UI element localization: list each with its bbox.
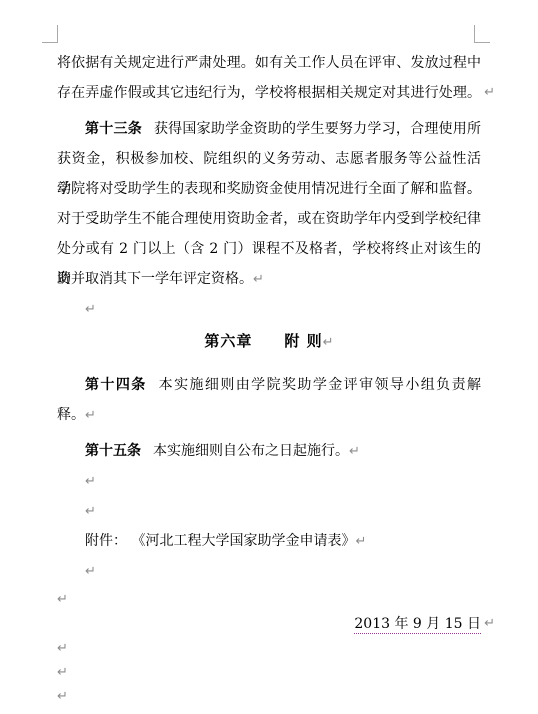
article-13-line-1: 第十三条获得国家助学金资助的学生要努力学习，合理使用所 [57, 114, 481, 144]
paragraph-mark-icon: ↵ [484, 78, 495, 108]
empty-paragraph: ↵ [57, 466, 481, 496]
body-text: 存在弄虚作假或其它违纪行为，学校将根据相关规定对其进行处理。 [57, 85, 481, 101]
article-14-line-1: 第十四条本实施细则由学院奖助学金评审领导小组负责解 [57, 370, 481, 400]
paragraph-mark-icon: ↵ [57, 689, 68, 704]
heading-text: 第六章 附 则 [204, 332, 322, 350]
body-text: 本实施细则自公布之日起施行。 [153, 443, 349, 459]
article-13-line-4: 对于受助学生不能合理使用资助金者，或在资助学年内受到学校纪律 [57, 204, 481, 234]
article-15-number: 第十五条 [85, 443, 141, 459]
article-13-line-5: 处分或有 2 门以上（含 2 门）课程不及格者，学校将终止对该生的资 [57, 234, 481, 264]
body-text: 助并取消其下一学年评定资格。 [57, 271, 253, 287]
paragraph-mark-icon: ↵ [57, 641, 68, 656]
paragraph-mark-icon: ↵ [355, 534, 366, 549]
body-text: 本实施细则由学院奖助学金评审领导小组负责解 [159, 377, 481, 393]
paragraph-mark-icon: ↵ [349, 444, 360, 459]
date-line: 2013 年 9 月 15 日 ↵ [57, 612, 481, 636]
paragraph-mark-icon: ↵ [57, 665, 68, 680]
document-content: 将依据有关规定进行严肃处理。如有关工作人员在评审、发放过程中 存在弄虚作假或其它… [57, 48, 481, 708]
para-continuation-line-2: 存在弄虚作假或其它违纪行为，学校将根据相关规定对其进行处理。 ↵ [57, 78, 481, 108]
body-text: 将依据有关规定进行严肃处理。如有关工作人员在评审、发放过程中 [57, 55, 481, 71]
margin-crop-mark-top-right-icon [474, 25, 490, 43]
paragraph-mark-icon: ↵ [85, 504, 96, 519]
paragraph-mark-icon: ↵ [85, 564, 96, 579]
empty-paragraph: ↵ [57, 684, 481, 708]
article-14-line-2: 释。↵ [57, 400, 481, 430]
margin-crop-mark-top-left-icon [42, 25, 58, 43]
empty-paragraph: ↵ [57, 294, 481, 324]
empty-paragraph: ↵ [57, 636, 481, 660]
paragraph-mark-icon: ↵ [253, 272, 264, 287]
body-text: 对于受助学生不能合理使用资助金者，或在资助学年内受到学校纪律 [57, 211, 481, 227]
paragraph-mark-icon: ↵ [484, 612, 495, 636]
para-continuation-line-1: 将依据有关规定进行严肃处理。如有关工作人员在评审、发放过程中 [57, 48, 481, 78]
paragraph-mark-icon: ↵ [85, 408, 96, 423]
document-date: 2013 年 9 月 15 日 [354, 616, 481, 634]
body-text: 获得国家助学金资助的学生要努力学习，合理使用所 [154, 121, 481, 137]
paragraph-mark-icon: ↵ [57, 592, 68, 607]
chapter-6-heading: 第六章 附 则↵ [57, 326, 481, 356]
document-page: 将依据有关规定进行严肃处理。如有关工作人员在评审、发放过程中 存在弄虚作假或其它… [0, 0, 538, 714]
article-13-line-6: 助并取消其下一学年评定资格。↵ [57, 264, 481, 294]
paragraph-mark-icon: ↵ [85, 474, 96, 489]
body-text: 学院将对受助学生的表现和奖励资金使用情况进行全面了解和监督。 [57, 181, 481, 197]
article-13-line-2: 获资金，积极参加校、院组织的义务劳动、志愿者服务等公益性活动。 [57, 144, 481, 174]
article-15-line: 第十五条本实施细则自公布之日起施行。↵ [57, 436, 481, 466]
empty-paragraph: ↵ [57, 586, 481, 612]
article-13-line-3: 学院将对受助学生的表现和奖励资金使用情况进行全面了解和监督。 [57, 174, 481, 204]
article-13-number: 第十三条 [85, 121, 142, 137]
paragraph-mark-icon: ↵ [85, 302, 96, 317]
attachment-line: 附件： 《河北工程大学国家助学金申请表》↵ [57, 526, 481, 556]
paragraph-mark-icon: ↵ [323, 335, 334, 350]
article-14-number: 第十四条 [85, 377, 147, 393]
empty-paragraph: ↵ [57, 556, 481, 586]
empty-paragraph: ↵ [57, 496, 481, 526]
empty-paragraph: ↵ [57, 660, 481, 684]
body-text: 释。 [57, 407, 85, 423]
body-text: 附件： 《河北工程大学国家助学金申请表》 [85, 533, 355, 549]
